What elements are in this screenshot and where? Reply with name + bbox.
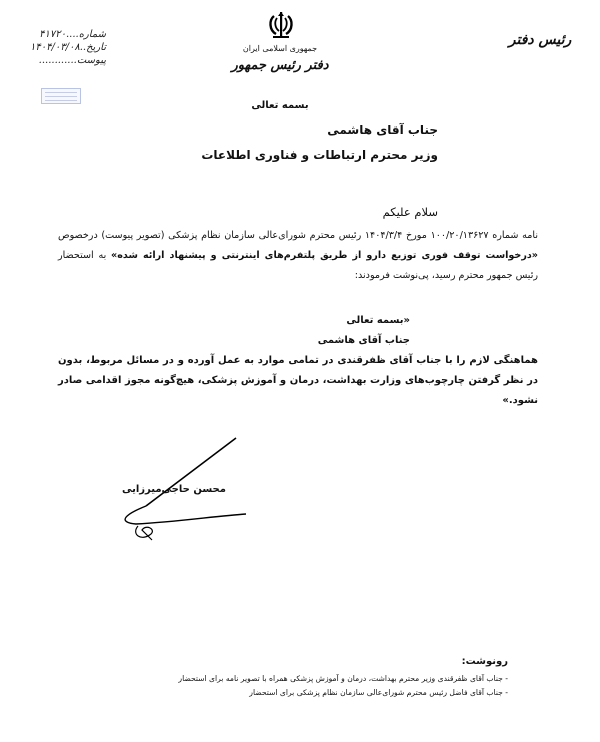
- date-label: تاریخ: [86, 42, 106, 53]
- registration-stamp: [41, 88, 81, 104]
- body-text-1: نامه شماره ۱۰۰/۲۰/۱۳۶۲۷ مورخ ۱۴۰۴/۳/۴ رئ…: [58, 230, 538, 241]
- addressee: جناب آقای هاشمی: [327, 123, 438, 137]
- cc-list: - جناب آقای ظفرقندی وزیر محترم بهداشت، د…: [88, 672, 508, 700]
- office-name: دفتر رئیس جمهور: [230, 58, 330, 73]
- quote-basmala: «بسمه تعالی: [58, 311, 538, 331]
- addressee-title: وزیر محترم ارتباطات و فناوری اطلاعات: [201, 148, 438, 162]
- quote-addressee: جناب آقای هاشمی: [58, 331, 538, 351]
- date-value: ۱۴۰۴/۰۳/۰۸: [30, 42, 80, 53]
- attachment-row: پیوست............: [14, 54, 106, 67]
- date-row: تاریخ..۱۴۰۴/۰۳/۰۸: [14, 41, 106, 54]
- cc-item: - جناب آقای ظفرقندی وزیر محترم بهداشت، د…: [88, 672, 508, 686]
- letter-body: نامه شماره ۱۰۰/۲۰/۱۳۶۲۷ مورخ ۱۴۰۴/۳/۴ رئ…: [58, 226, 538, 286]
- letter-number-label: شماره: [79, 29, 106, 40]
- cc-title: رونوشت:: [462, 656, 508, 667]
- quoted-note: «بسمه تعالی جناب آقای هاشمی هماهنگی لازم…: [58, 311, 538, 411]
- signer-name: محسن حاجی‌میرزایی: [122, 484, 226, 495]
- greeting: سلام علیکم: [383, 205, 438, 219]
- attachment-label: پیوست: [77, 55, 106, 66]
- body-subject: «درخواست توقف فوری توزیع دارو از طریق پل…: [111, 250, 538, 261]
- letter-number: ۴۱۷۲۰: [39, 29, 66, 40]
- letter-number-row: شماره....۴۱۷۲۰: [14, 28, 106, 41]
- basmala: بسمه تعالی: [240, 100, 320, 111]
- office-head-title: رئیس دفتر: [500, 32, 580, 48]
- cc-item: - جناب آقای فاضل رئیس محترم شورای‌عالی س…: [88, 686, 508, 700]
- iran-emblem-icon: [268, 10, 294, 42]
- letter-meta: شماره....۴۱۷۲۰ تاریخ..۱۴۰۴/۰۳/۰۸ پیوست..…: [14, 28, 106, 67]
- quote-text: هماهنگی لازم را با جناب آقای ظفرقندی در …: [58, 351, 538, 411]
- org-name: جمهوری اسلامی ایران: [230, 44, 330, 53]
